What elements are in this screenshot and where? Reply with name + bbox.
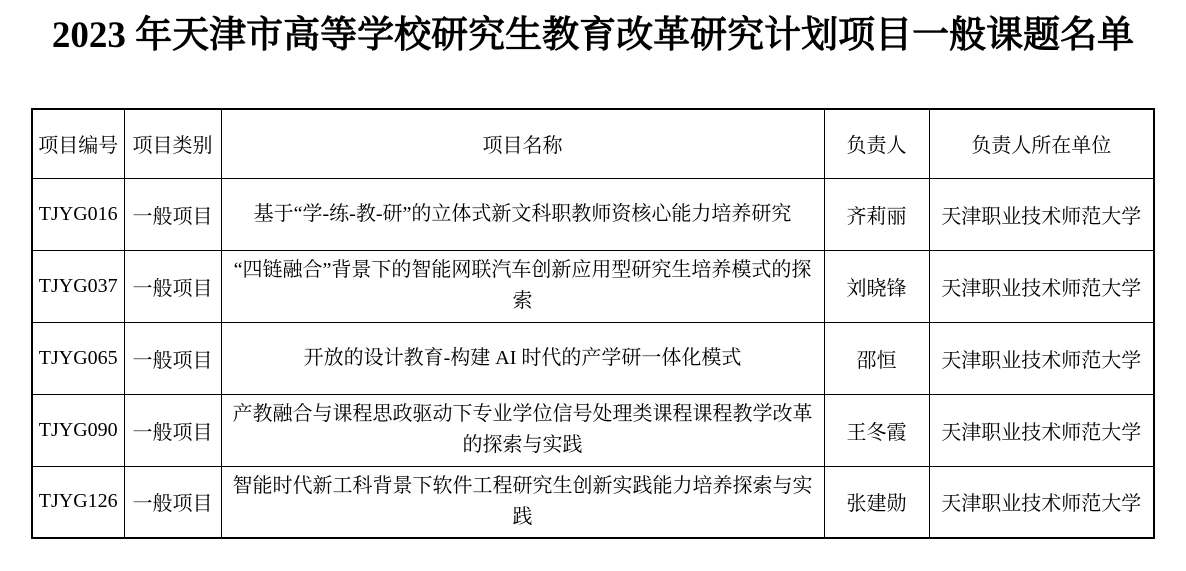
col-header-leader-unit: 负责人所在单位: [929, 109, 1154, 178]
cell-project-category: 一般项目: [124, 322, 221, 394]
cell-leader-unit: 天津职业技术师范大学: [929, 322, 1154, 394]
projects-table: 项目编号 项目类别 项目名称 负责人 负责人所在单位 TJYG016 一般项目 …: [31, 108, 1155, 539]
cell-leader: 张建勋: [824, 466, 929, 538]
col-header-leader: 负责人: [824, 109, 929, 178]
cell-project-name: 产教融合与课程思政驱动下专业学位信号处理类课程课程教学改革的探索与实践: [221, 394, 824, 466]
cell-project-id: TJYG065: [32, 322, 124, 394]
cell-project-category: 一般项目: [124, 466, 221, 538]
cell-project-name: 开放的设计教育-构建 AI 时代的产学研一体化模式: [221, 322, 824, 394]
cell-leader-unit: 天津职业技术师范大学: [929, 178, 1154, 250]
cell-project-id: TJYG126: [32, 466, 124, 538]
cell-leader-unit: 天津职业技术师范大学: [929, 394, 1154, 466]
table-row: TJYG037 一般项目 “四链融合”背景下的智能网联汽车创新应用型研究生培养模…: [32, 250, 1154, 322]
table-row: TJYG065 一般项目 开放的设计教育-构建 AI 时代的产学研一体化模式 邵…: [32, 322, 1154, 394]
table-row: TJYG090 一般项目 产教融合与课程思政驱动下专业学位信号处理类课程课程教学…: [32, 394, 1154, 466]
cell-project-id: TJYG037: [32, 250, 124, 322]
col-header-project-id: 项目编号: [32, 109, 124, 178]
cell-project-id: TJYG090: [32, 394, 124, 466]
table-body: TJYG016 一般项目 基于“学-练-教-研”的立体式新文科职教师资核心能力培…: [32, 178, 1154, 538]
cell-leader: 王冬霞: [824, 394, 929, 466]
table-row: TJYG016 一般项目 基于“学-练-教-研”的立体式新文科职教师资核心能力培…: [32, 178, 1154, 250]
cell-project-name: “四链融合”背景下的智能网联汽车创新应用型研究生培养模式的探索: [221, 250, 824, 322]
cell-project-category: 一般项目: [124, 394, 221, 466]
cell-leader-unit: 天津职业技术师范大学: [929, 250, 1154, 322]
cell-leader: 刘晓锋: [824, 250, 929, 322]
cell-project-category: 一般项目: [124, 250, 221, 322]
table-header-row: 项目编号 项目类别 项目名称 负责人 负责人所在单位: [32, 109, 1154, 178]
col-header-project-category: 项目类别: [124, 109, 221, 178]
document-page: 2023 年天津市高等学校研究生教育改革研究计划项目一般课题名单 项目编号 项目…: [0, 0, 1186, 571]
cell-project-name: 智能时代新工科背景下软件工程研究生创新实践能力培养探索与实践: [221, 466, 824, 538]
table-row: TJYG126 一般项目 智能时代新工科背景下软件工程研究生创新实践能力培养探索…: [32, 466, 1154, 538]
cell-project-id: TJYG016: [32, 178, 124, 250]
cell-project-name: 基于“学-练-教-研”的立体式新文科职教师资核心能力培养研究: [221, 178, 824, 250]
cell-leader-unit: 天津职业技术师范大学: [929, 466, 1154, 538]
page-title: 2023 年天津市高等学校研究生教育改革研究计划项目一般课题名单: [0, 13, 1186, 59]
cell-leader: 齐莉丽: [824, 178, 929, 250]
col-header-project-name: 项目名称: [221, 109, 824, 178]
cell-leader: 邵恒: [824, 322, 929, 394]
cell-project-category: 一般项目: [124, 178, 221, 250]
